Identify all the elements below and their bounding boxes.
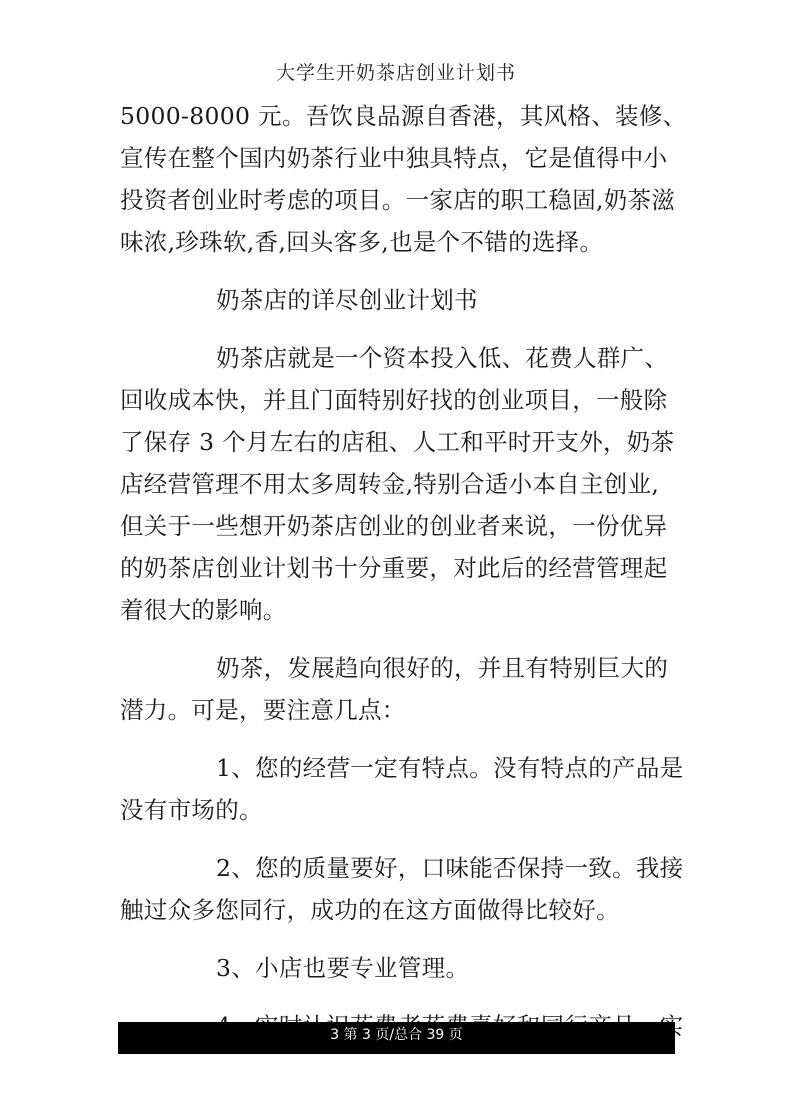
text-line: 触过众多您同行，成功的在这方面做得比较好。 (120, 892, 676, 934)
text-line: 1、您的经营一定有特点。没有特点的产品是 (120, 750, 676, 792)
page-footer-bar: 3 第 3 页/总合 39 页 (118, 1022, 675, 1054)
text-line: 奶茶店的详尽创业计划书 (120, 282, 676, 324)
text-line: 的奶茶店创业计划书十分重要，对此后的经营管理起 (120, 550, 676, 592)
document-body: 5000-8000 元。吾饮良品源自香港，其风格、装修、 宣传在整个国内奶茶行业… (120, 98, 676, 1050)
text-line: 着很大的影响。 (120, 592, 676, 634)
paragraph: 5000-8000 元。吾饮良品源自香港，其风格、装修、 宣传在整个国内奶茶行业… (120, 98, 676, 266)
text-line: 但关于一些想开奶茶店创业的创业者来说，一份优异 (120, 508, 676, 550)
text-line: 味浓,珍珠软,香,回头客多,也是个不错的选择。 (120, 224, 676, 266)
list-item: 3、小店也要专业管理。 (120, 950, 676, 992)
text-line: 3、小店也要专业管理。 (120, 950, 676, 992)
text-line: 了保存 3 个月左右的店租、人工和平时开支外，奶茶 (120, 424, 676, 466)
list-item: 1、您的经营一定有特点。没有特点的产品是 没有市场的。 (120, 750, 676, 834)
document-header-title: 大学生开奶茶店创业计划书 (0, 58, 792, 85)
paragraph: 奶茶店就是一个资本投入低、花费人群广、 回收成本快，并且门面特别好找的创业项目，… (120, 340, 676, 634)
text-line: 奶茶，发展趋向很好的，并且有特别巨大的 (120, 650, 676, 692)
text-line: 潜力。可是，要注意几点： (120, 692, 676, 734)
text-line: 奶茶店就是一个资本投入低、花费人群广、 (120, 340, 676, 382)
text-line: 投资者创业时考虑的项目。一家店的职工稳固,奶茶滋 (120, 182, 676, 224)
text-line: 没有市场的。 (120, 792, 676, 834)
list-item: 2、您的质量要好，口味能否保持一致。我接 触过众多您同行，成功的在这方面做得比较… (120, 850, 676, 934)
text-line: 回收成本快，并且门面特别好找的创业项目，一般除 (120, 382, 676, 424)
text-line: 5000-8000 元。吾饮良品源自香港，其风格、装修、 (120, 98, 676, 140)
section-heading: 奶茶店的详尽创业计划书 (120, 282, 676, 324)
text-line: 店经营管理不用太多周转金,特别合适小本自主创业, (120, 466, 676, 508)
text-line: 2、您的质量要好，口味能否保持一致。我接 (120, 850, 676, 892)
page-number-label: 3 第 3 页/总合 39 页 (330, 1027, 463, 1043)
paragraph: 奶茶，发展趋向很好的，并且有特别巨大的 潜力。可是，要注意几点： (120, 650, 676, 734)
text-line: 宣传在整个国内奶茶行业中独具特点，它是值得中小 (120, 140, 676, 182)
